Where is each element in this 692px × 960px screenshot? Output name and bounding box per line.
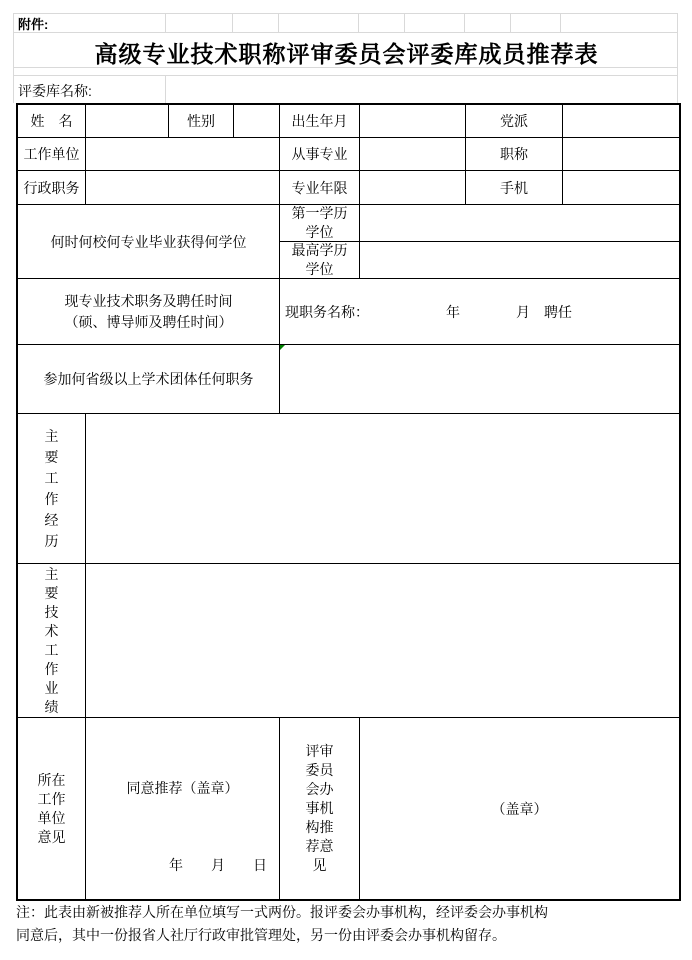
agree-recommend-line: 同意推荐（盖章）	[86, 778, 279, 798]
attachment-label: 附件:	[18, 14, 48, 33]
gridline	[404, 13, 405, 32]
form-document-page: 附件: 高级专业技术职称评审委员会评委库成员推荐表 评委库名称: 姓 名 性别 …	[0, 0, 692, 960]
years-label: 专业年限	[280, 171, 360, 205]
title-field[interactable]	[563, 138, 679, 171]
name-label: 姓 名	[18, 105, 86, 138]
unit-opinion-label-text: 所在工作单位意见	[37, 771, 67, 847]
birth-date-field[interactable]	[360, 105, 466, 138]
party-label: 党派	[466, 105, 563, 138]
birth-date-label: 出生年月	[280, 105, 360, 138]
work-history-label: 主要工作经历	[18, 414, 86, 564]
gridline	[677, 13, 678, 103]
title-label: 职称	[466, 138, 563, 171]
current-post-label: 现专业技术职务及聘任时间 （硕、博导师及聘任时间）	[18, 279, 280, 345]
recommendation-form-table: 姓 名 性别 出生年月 党派 工作单位 从事专业 职称 行政职务 专业年限 手机…	[16, 103, 681, 901]
achievements-label: 主要技术工作业绩	[18, 564, 86, 718]
gridline	[464, 13, 465, 32]
gridline	[510, 13, 511, 32]
current-post-line: 现职务名称： 年 月 聘任	[285, 302, 572, 322]
mobile-field[interactable]	[563, 171, 679, 205]
seal-line: （盖章）	[492, 799, 548, 819]
gridline	[165, 13, 166, 32]
admin-post-field[interactable]	[86, 171, 280, 205]
committee-opinion-field[interactable]: （盖章）	[360, 718, 679, 899]
gender-label: 性别	[169, 105, 234, 138]
unit-opinion-field[interactable]: 同意推荐（盖章） 年 月 日	[86, 718, 280, 899]
gridline	[165, 75, 166, 103]
highest-degree-label: 最高学历 学位	[280, 242, 360, 279]
committee-opinion-label-text: 评审委员会办事机构推荐意见	[305, 742, 335, 875]
current-post-field[interactable]: 现职务名称： 年 月 聘任	[280, 279, 679, 345]
gridline	[13, 13, 678, 14]
education-label: 何时何校何专业毕业获得何学位	[18, 205, 280, 279]
academic-societies-field[interactable]	[280, 345, 679, 414]
gridline	[13, 13, 14, 103]
profession-label: 从事专业	[280, 138, 360, 171]
gridline	[13, 75, 678, 76]
footnote-line-2: 同意后，其中一份报省人社厅行政审批管理处，另一份由评委会办事机构留存。	[16, 924, 680, 947]
profession-field[interactable]	[360, 138, 466, 171]
footnote: 注：此表由新被推荐人所在单位填写一式两份。报评委会办事机构，经评委会办事机构 同…	[16, 901, 680, 947]
mobile-label: 手机	[466, 171, 563, 205]
name-field[interactable]	[86, 105, 169, 138]
work-unit-label: 工作单位	[18, 138, 86, 171]
work-history-label-text: 主要工作经历	[44, 426, 60, 552]
party-field[interactable]	[563, 105, 679, 138]
gender-field[interactable]	[234, 105, 280, 138]
first-degree-label: 第一学历 学位	[280, 205, 360, 242]
error-indicator-triangle-icon	[280, 345, 285, 350]
gridline	[13, 32, 678, 33]
first-degree-field[interactable]	[360, 205, 679, 242]
gridline	[232, 13, 233, 32]
gridline	[278, 13, 279, 32]
footnote-line-1: 注：此表由新被推荐人所在单位填写一式两份。报评委会办事机构，经评委会办事机构	[16, 901, 680, 924]
work-history-field[interactable]	[86, 414, 679, 564]
years-field[interactable]	[360, 171, 466, 205]
admin-post-label: 行政职务	[18, 171, 86, 205]
unit-opinion-label: 所在工作单位意见	[18, 718, 86, 899]
date-line: 年 月 日	[169, 855, 267, 875]
achievements-label-text: 主要技术工作业绩	[44, 565, 60, 717]
pool-name-label: 评委库名称:	[18, 81, 92, 101]
highest-degree-field[interactable]	[360, 242, 679, 279]
achievements-field[interactable]	[86, 564, 679, 718]
academic-societies-label: 参加何省级以上学术团体任何职务	[18, 345, 280, 414]
work-unit-field[interactable]	[86, 138, 280, 171]
gridline	[560, 13, 561, 32]
gridline	[358, 13, 359, 32]
committee-opinion-label: 评审委员会办事机构推荐意见	[280, 718, 360, 899]
page-title: 高级专业技术职称评审委员会评委库成员推荐表	[16, 36, 677, 69]
